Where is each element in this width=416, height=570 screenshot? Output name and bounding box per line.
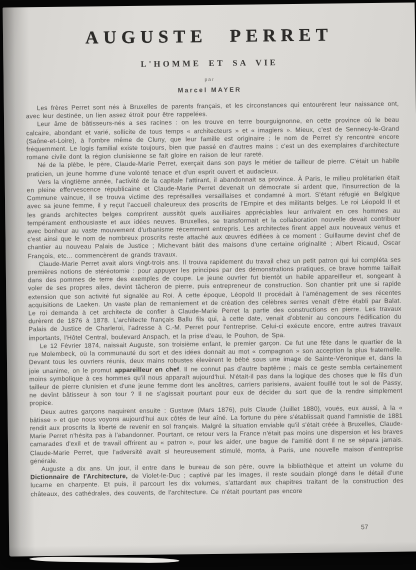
page-subtitle: L'HOMME ET SA VIE bbox=[3, 55, 415, 70]
scanned-book-photo: AUGUSTE PERRET L'HOMME ET SA VIE par Mar… bbox=[0, 0, 416, 570]
bold-phrase-appareilleur: appareilleur en chef bbox=[115, 366, 180, 374]
paragraph-5: Claude-Marie Perret avait alors vingt-tr… bbox=[28, 257, 402, 344]
page-title: AUGUSTE PERRET bbox=[3, 24, 415, 50]
article-header: AUGUSTE PERRET L'HOMME ET SA VIE par Mar… bbox=[3, 24, 416, 97]
paragraph-2: Leur âme de bâtisseurs-nés a ses racines… bbox=[26, 117, 399, 163]
page-edge bbox=[29, 556, 179, 563]
byline-label: par bbox=[4, 75, 416, 85]
author-name: Marcel MAYER bbox=[4, 84, 416, 96]
paragraph-4: Vers la vingtième année, l'activité de l… bbox=[27, 175, 401, 262]
page-number: 57 bbox=[361, 524, 368, 531]
paragraph-7: Deux autres garçons naquirent ensuite : … bbox=[30, 404, 404, 466]
paragraph-8: Auguste a dix ans. Un jour, il entre dan… bbox=[30, 462, 403, 499]
bold-phrase-dictionnaire: Dictionnaire de l'Architecture, bbox=[30, 473, 127, 481]
paragraph-6: Le 12 Février 1874, naissait Auguste, so… bbox=[29, 339, 403, 409]
article-body: Les frères Perret sont nés à Bruxelles d… bbox=[26, 101, 404, 499]
book-page: AUGUSTE PERRET L'HOMME ET SA VIE par Mar… bbox=[3, 3, 416, 557]
